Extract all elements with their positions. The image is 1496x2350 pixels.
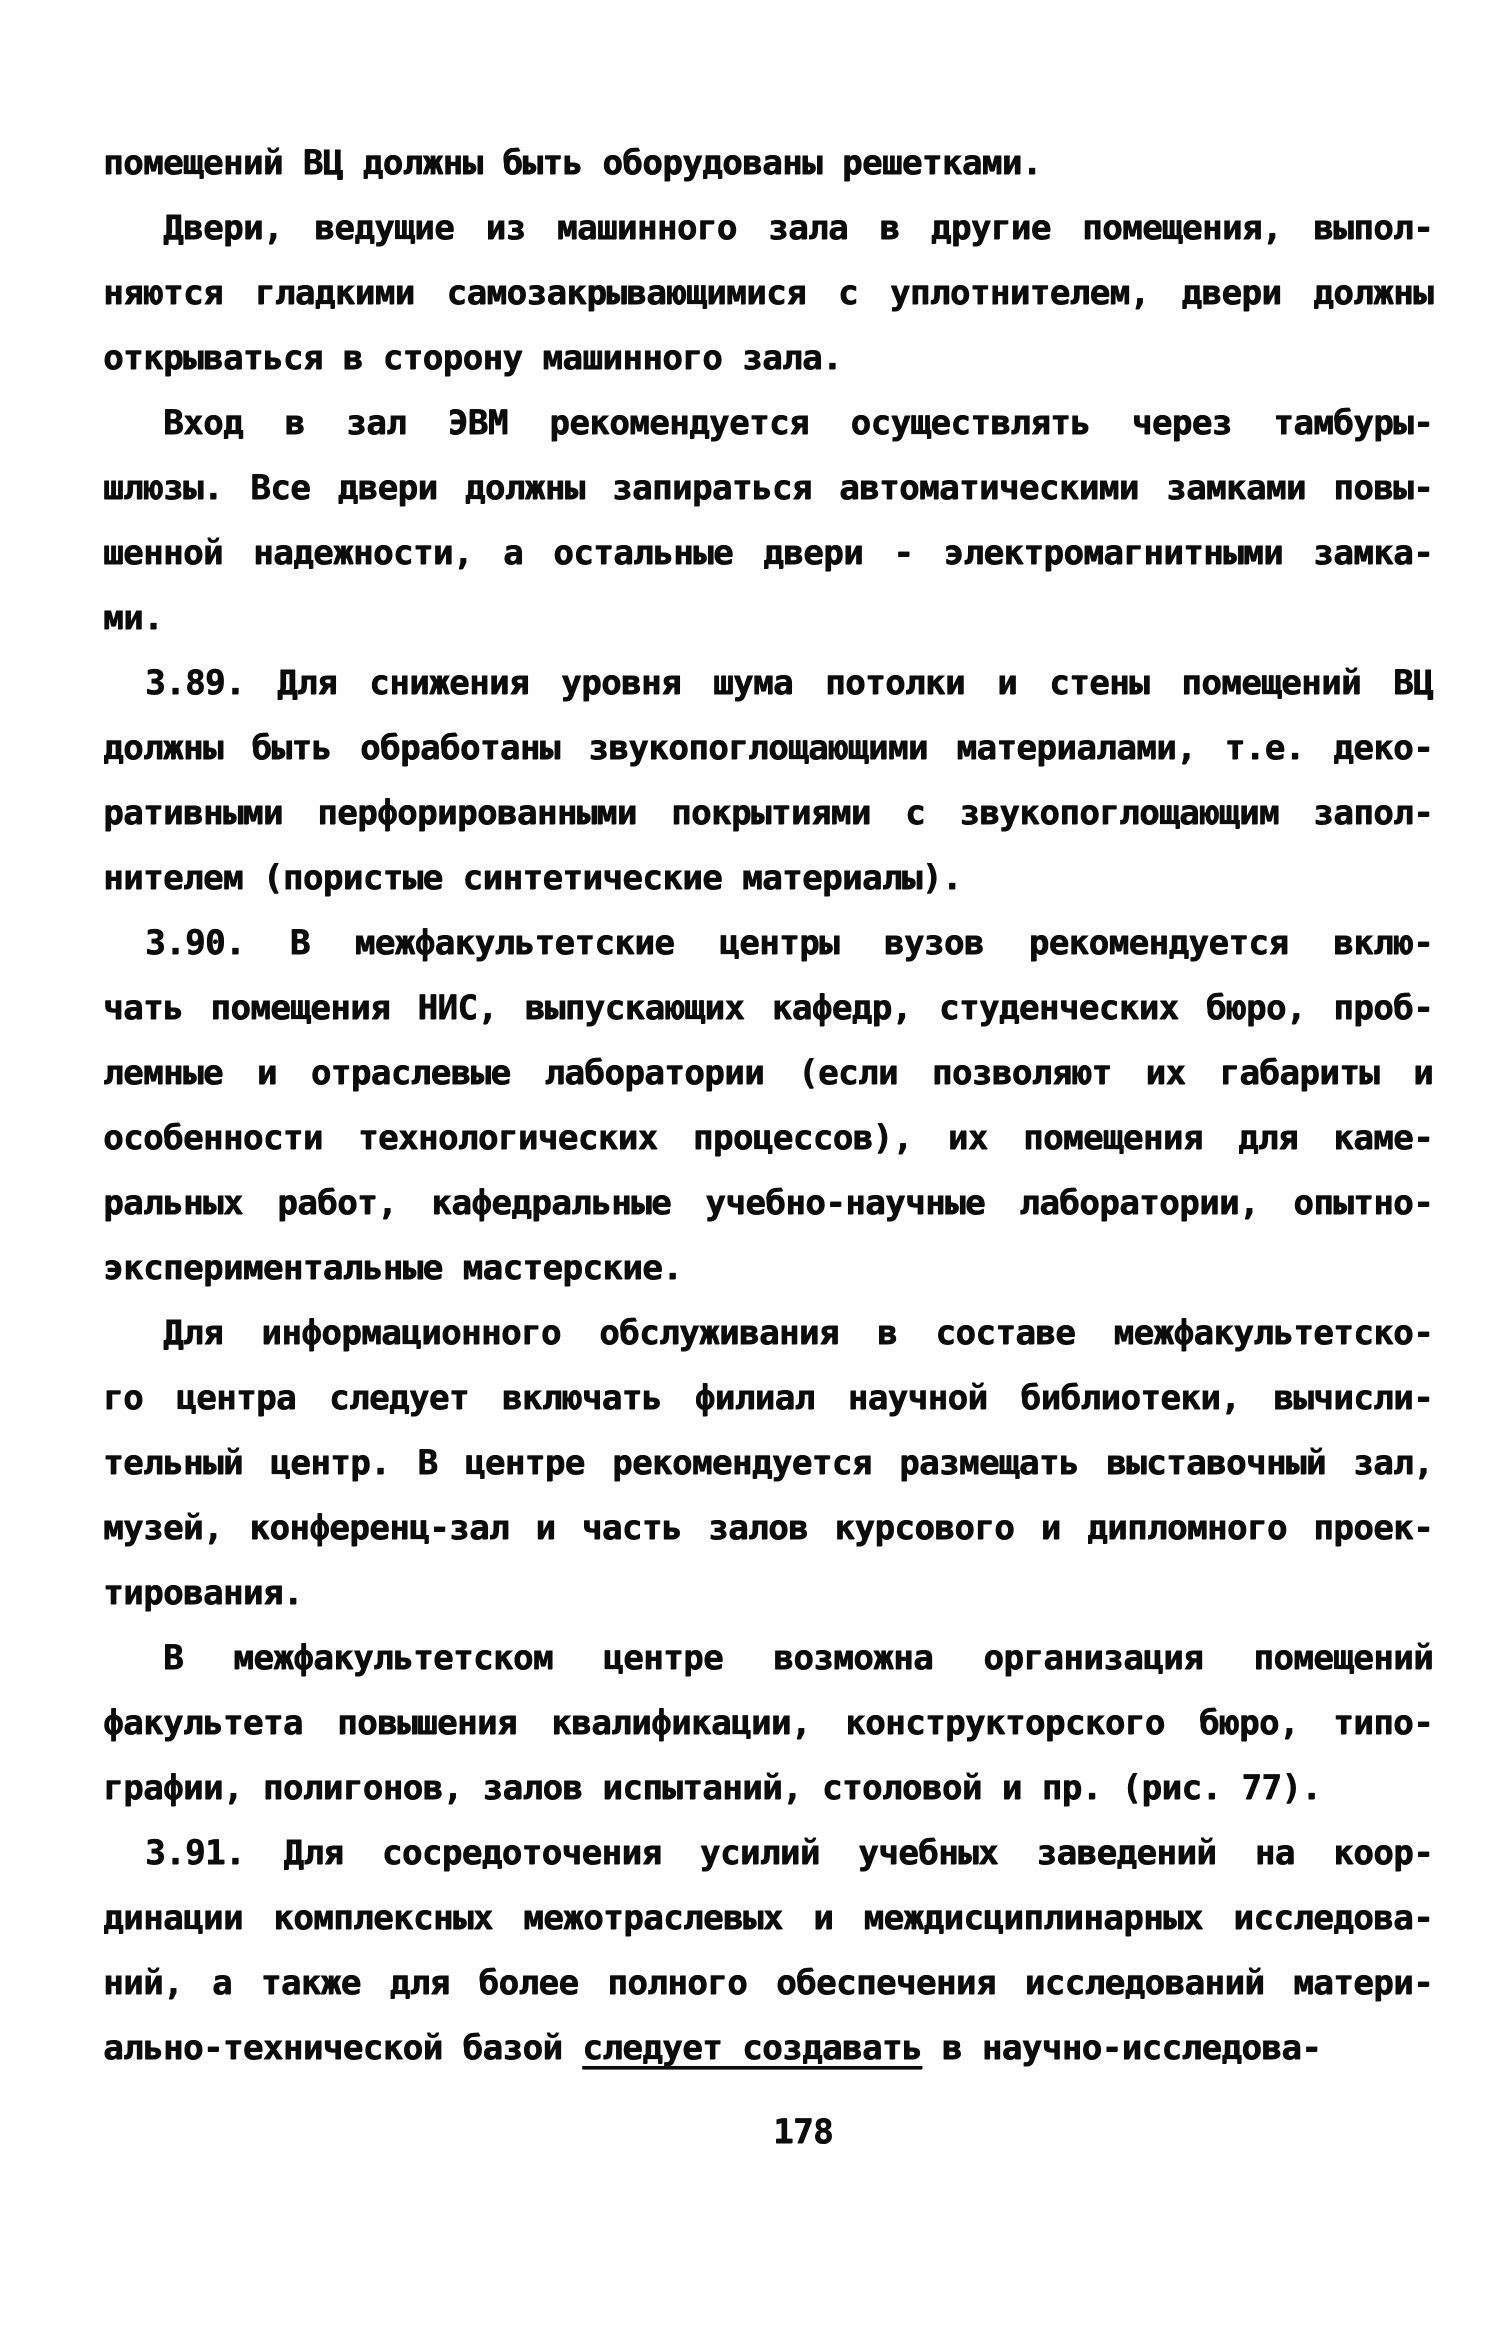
text-line: динации комплексных межотраслевых и межд… — [103, 1886, 1433, 1951]
text-line: Для информационного обслуживания в соста… — [103, 1301, 1433, 1366]
text-line: В межфакультетском центре возможна орган… — [103, 1626, 1433, 1691]
text-line: го центра следует включать филиал научно… — [103, 1366, 1433, 1431]
text-line: графии, полигонов, залов испытаний, стол… — [103, 1756, 1433, 1821]
text-line: ний, а также для более полного обеспечен… — [103, 1951, 1433, 2016]
text-line: ральных работ, кафедральные учебно-научн… — [103, 1171, 1433, 1236]
text-line: шенной надежности, а остальные двери - э… — [103, 521, 1433, 586]
text-line: помещений ВЦ должны быть оборудованы реш… — [103, 131, 1433, 196]
text-line-section-3-90: 3.90. В межфакультетские центры вузов ре… — [103, 911, 1433, 976]
text-line: лемные и отраслевые лаборатории (если по… — [103, 1041, 1433, 1106]
text-segment: в научно-исследова- — [922, 2028, 1321, 2068]
text-line: должны быть обработаны звукопоглощающими… — [103, 716, 1433, 781]
text-line: ративными перфорированными покрытиями с … — [103, 781, 1433, 846]
underlined-text-segment: следует создавать — [582, 2028, 922, 2068]
text-line: Вход в зал ЭВМ рекомендуется осуществлят… — [103, 391, 1433, 456]
scanned-page: помещений ВЦ должны быть оборудованы реш… — [0, 0, 1496, 2350]
text-line: Двери, ведущие из машинного зала в други… — [103, 196, 1433, 261]
text-line-section-3-91: 3.91. Для сосредоточения усилий учебных … — [103, 1821, 1433, 1886]
text-line: шлюзы. Все двери должны запираться автом… — [103, 456, 1433, 521]
text-line: тельный центр. В центре рекомендуется ра… — [103, 1431, 1433, 1496]
text-line-section-3-89: 3.89. Для снижения уровня шума потолки и… — [103, 651, 1433, 716]
text-line: няются гладкими самозакрывающимися с упл… — [103, 261, 1433, 326]
text-line: музей, конференц-зал и часть залов курсо… — [103, 1496, 1433, 1561]
text-line: тирования. — [103, 1561, 1433, 1626]
text-line: ми. — [103, 586, 1433, 651]
document-text: помещений ВЦ должны быть оборудованы реш… — [103, 131, 1433, 2165]
text-line: нителем (пористые синтетические материал… — [103, 846, 1433, 911]
text-line: чать помещения НИС, выпускающих кафедр, … — [103, 976, 1433, 1041]
text-line: экспериментальные мастерские. — [103, 1236, 1433, 1301]
text-line-with-underline: ально-технической базой следует создават… — [103, 2016, 1433, 2081]
text-segment: ально-технической базой — [103, 2028, 582, 2068]
page-number: 178 — [103, 2100, 1433, 2165]
text-line: особенности технологических процессов), … — [103, 1106, 1433, 1171]
text-line: факультета повышения квалификации, конст… — [103, 1691, 1433, 1756]
text-line: открываться в сторону машинного зала. — [103, 326, 1433, 391]
